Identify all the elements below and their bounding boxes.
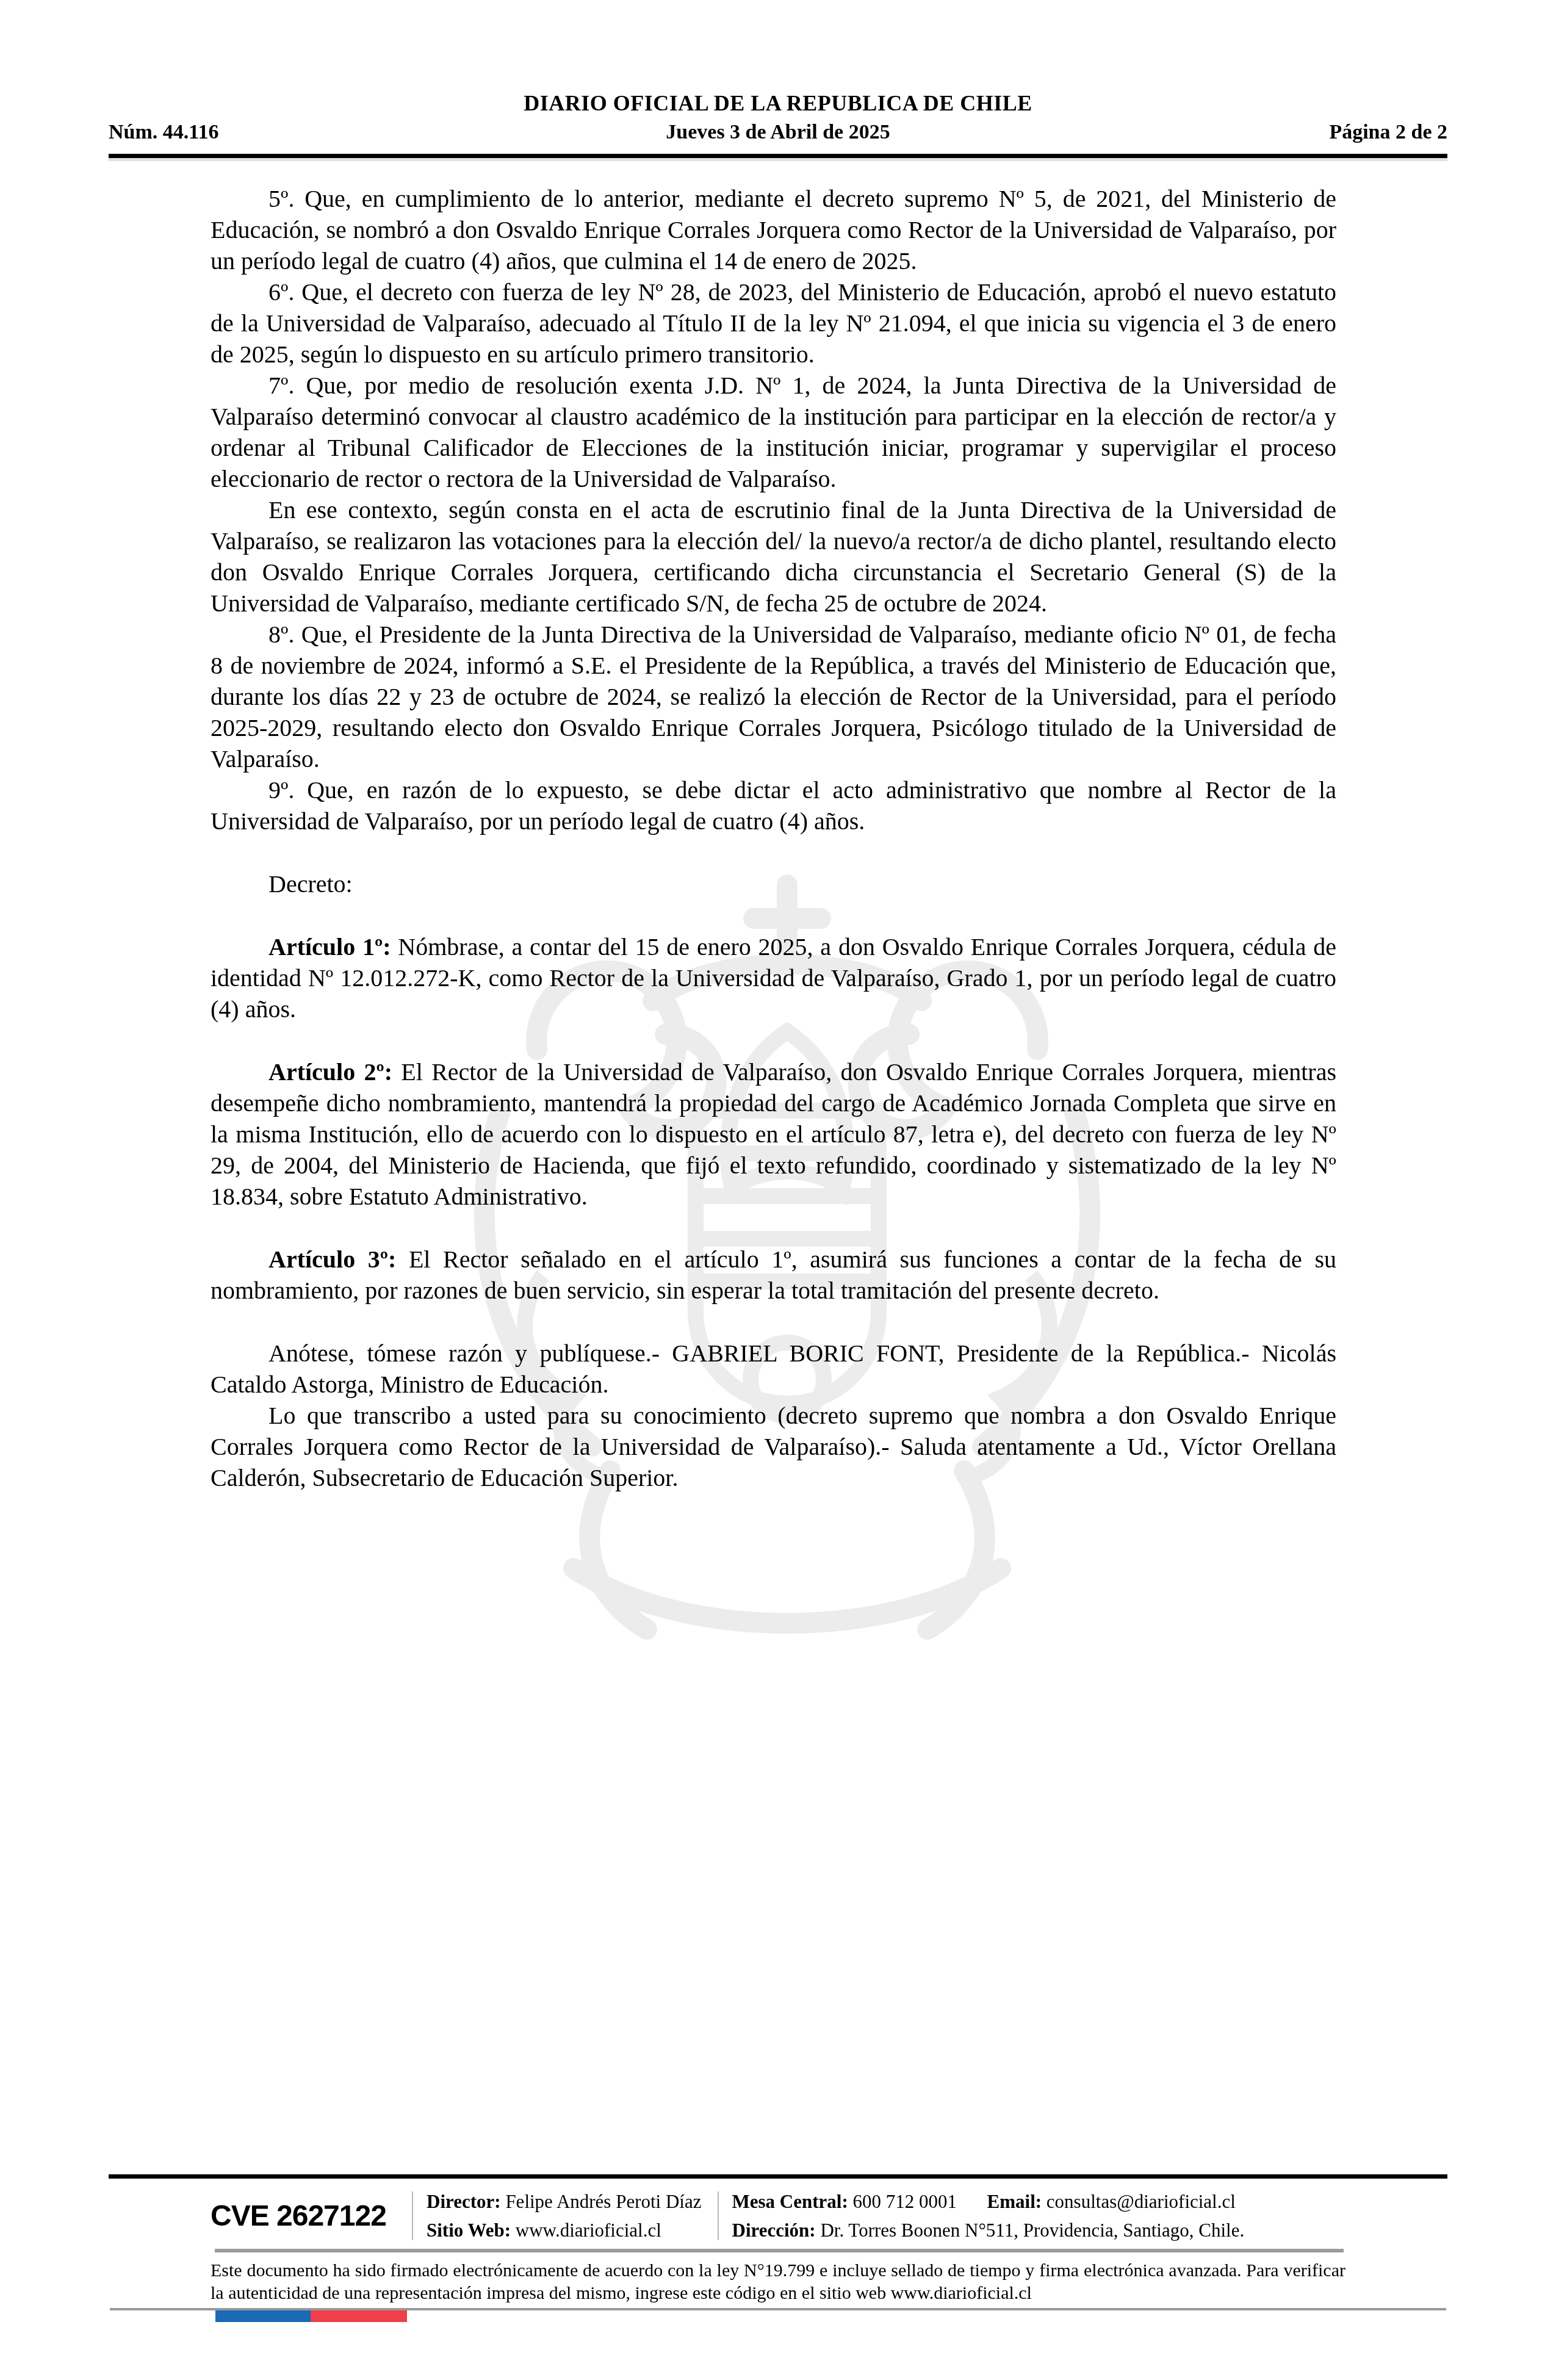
legal-notice: Este documento ha sido firmado electróni…: [211, 2259, 1345, 2304]
website-value: www.diarioficial.cl: [516, 2220, 661, 2241]
paragraph-8: 8º. Que, el Presidente de la Junta Direc…: [211, 619, 1336, 774]
articulo-2: Artículo 2º: El Rector de la Universidad…: [211, 1056, 1336, 1212]
mesa-central-value: 600 712 0001: [853, 2191, 957, 2212]
paragraph-6: 6º. Que, el decreto con fuerza de ley Nº…: [211, 276, 1336, 370]
website-label: Sitio Web:: [427, 2220, 511, 2241]
articulo-1: Artículo 1º: Nómbrase, a contar del 15 d…: [211, 931, 1336, 1025]
flag-blue-segment: [215, 2310, 311, 2322]
footer-info: CVE 2627122 Director: Felipe Andrés Pero…: [211, 2188, 1449, 2244]
articulo-3: Artículo 3º: El Rector señalado en el ar…: [211, 1244, 1336, 1306]
header-rule: [109, 154, 1447, 158]
email-value: consultas@diarioficial.cl: [1046, 2191, 1236, 2212]
footer-director-column: Director: Felipe Andrés Peroti Díaz Siti…: [413, 2187, 718, 2245]
decreto-label: Decreto:: [211, 868, 1336, 900]
gazette-page: DIARIO OFICIAL DE LA REPUBLICA DE CHILE …: [0, 0, 1556, 2380]
mesa-central-label: Mesa Central:: [732, 2191, 848, 2212]
director-label: Director:: [427, 2191, 501, 2212]
gazette-title: DIARIO OFICIAL DE LA REPUBLICA DE CHILE: [0, 90, 1556, 116]
paragraph-7: 7º. Que, por medio de resolución exenta …: [211, 370, 1336, 494]
cve-code: CVE 2627122: [211, 2199, 412, 2233]
footer-contact-column: Mesa Central: 600 712 0001 Email: consul…: [719, 2187, 1261, 2245]
transcription-paragraph: Lo que transcribo a usted para su conoci…: [211, 1400, 1336, 1493]
paragraph-context: En ese contexto, según consta en el acta…: [211, 494, 1336, 619]
footer-rule: [109, 2174, 1447, 2179]
paragraph-9: 9º. Que, en razón de lo expuesto, se deb…: [211, 774, 1336, 837]
address-label: Dirección:: [732, 2220, 816, 2241]
paragraph-5: 5º. Que, en cumplimiento de lo anterior,…: [211, 183, 1336, 276]
signature-paragraph: Anótese, tómese razón y publíquese.- GAB…: [211, 1338, 1336, 1400]
director-name: Felipe Andrés Peroti Díaz: [505, 2191, 701, 2212]
address-value: Dr. Torres Boonen N°511, Providencia, Sa…: [820, 2220, 1244, 2241]
decree-text: 5º. Que, en cumplimiento de lo anterior,…: [211, 183, 1336, 1493]
issue-date: Jueves 3 de Abril de 2025: [109, 121, 1447, 144]
chile-flag-bar: [215, 2310, 407, 2322]
flag-red-segment: [311, 2310, 407, 2322]
email-label: Email:: [987, 2191, 1042, 2212]
footer-separator-rule: [215, 2249, 1344, 2252]
header-row: Núm. 44.116 Jueves 3 de Abril de 2025 Pá…: [109, 121, 1447, 144]
